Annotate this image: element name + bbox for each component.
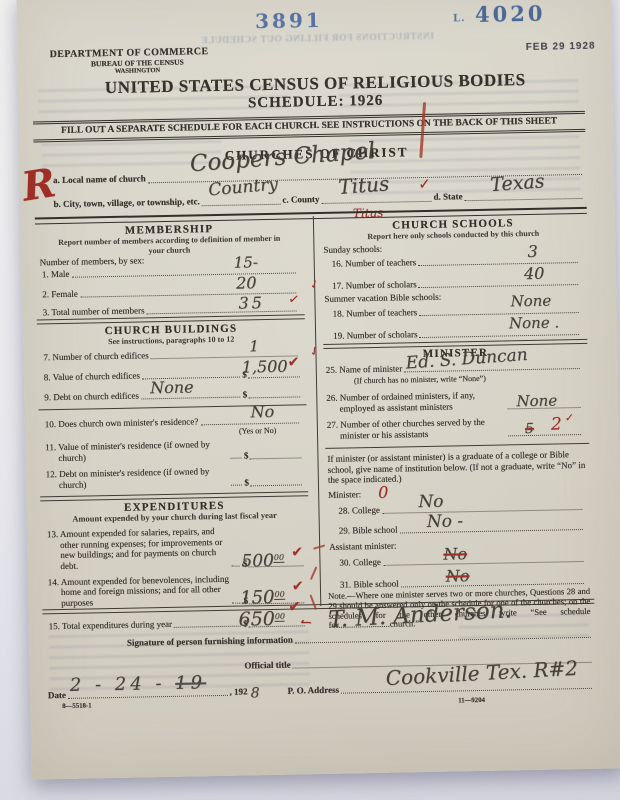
q28-label: 28. College — [338, 504, 380, 515]
po-address-label: P. O. Address — [287, 684, 339, 695]
q25-label: 25. Name of minister — [326, 363, 403, 375]
state-value: Texas — [490, 170, 546, 196]
female-value: 20 — [236, 273, 257, 292]
red-tick-minister: ✓ — [308, 344, 322, 358]
bleedthrough-instructions-title: INSTRUCTIONS FOR FILLING OUT SCHEDULE — [167, 31, 467, 47]
q9-value: None — [150, 377, 194, 397]
dotted-line — [418, 260, 578, 266]
red-check-q13: ✔ — [291, 548, 303, 558]
dotted-line — [202, 201, 281, 206]
female-label: 2. Female — [42, 288, 78, 299]
minister-subheader: Minister: — [328, 489, 361, 500]
red-check-q8: ✔ — [288, 358, 300, 368]
q18-value: None — [510, 292, 551, 311]
q12-label: 12. Debt on minister's residence (if own… — [46, 466, 229, 491]
red-check-q15: ✔ — [288, 602, 301, 612]
received-date-stamp: FEB 29 1928 — [526, 41, 596, 53]
dotted-line — [250, 482, 302, 486]
form-number-left: 8—5518-1 — [62, 702, 92, 710]
serial-stamp-right: 4020 — [475, 1, 546, 27]
q7-label: 7. Number of church edifices — [43, 350, 148, 363]
q30-value-struck: No — [443, 544, 467, 563]
red-margin-stroke — [310, 566, 318, 580]
dotted-line — [231, 483, 242, 486]
dotted-line — [420, 332, 580, 338]
photo-of-census-schedule: { "colors": {"red_ink": "#9e2f27", "stam… — [0, 0, 620, 800]
red-tick-q17: ✓ — [309, 279, 321, 292]
q29-label: 29. Bible school — [339, 524, 398, 536]
dotted-line — [419, 282, 579, 288]
male-label: 1. Male — [42, 268, 70, 279]
q17-value: 40 — [524, 264, 545, 283]
q18-label: 18. Number of teachers — [333, 307, 418, 319]
q29-value: No - — [427, 511, 464, 532]
q31-value-struck: No — [446, 566, 470, 585]
graduate-note: If minister (or assistant minister) is a… — [327, 449, 588, 485]
q26-value: None — [516, 391, 557, 410]
serial-stamp-left: 3891 — [255, 8, 323, 33]
dotted-line — [341, 686, 592, 694]
q26-label: 26. Number of ordained ministers, if any… — [326, 389, 505, 413]
q8-label: 8. Value of church edifices — [44, 370, 140, 382]
q13-label: 13. Amount expended for salaries, repair… — [47, 526, 230, 571]
red-check-q14: ✔ — [292, 582, 304, 592]
field-q27: 27. Number of other churches served by t… — [327, 412, 583, 441]
q7-value: 1 — [249, 337, 259, 355]
q10-value: No — [250, 402, 274, 421]
agency-block: DEPARTMENT OF COMMERCE BUREAU OF THE CEN… — [50, 46, 225, 76]
q16-label: 16. Number of teachers — [332, 257, 417, 269]
red-check-total: ✓ — [288, 294, 300, 306]
state-label: d. State — [433, 191, 462, 202]
serial-stamp-separator: L. — [453, 13, 466, 24]
dotted-line — [382, 507, 583, 514]
q13-value: 50000 — [241, 551, 284, 572]
q9-currency: $ — [243, 389, 248, 400]
assistant-subheader: Assistant minister: — [329, 541, 396, 552]
q14-label: 14. Amount expended for benevolences, in… — [48, 573, 231, 608]
dotted-line — [508, 432, 581, 436]
dotted-line — [322, 198, 432, 203]
dotted-line — [174, 624, 240, 628]
q15-value: 65000 — [238, 608, 285, 631]
census-schedule-paper: INSTRUCTIONS FOR FILLING OUT SCHEDULE 38… — [17, 0, 620, 780]
official-title-label: Official title — [244, 659, 290, 670]
dotted-line — [147, 308, 297, 314]
q30-label: 30. College — [339, 556, 381, 567]
dotted-line — [200, 420, 298, 425]
total-members-label: 3. Total number of members — [43, 305, 145, 317]
q25-hint: (If church has no minister, write “None”… — [354, 374, 486, 386]
q16-value: 3 — [527, 242, 538, 261]
dotted-line — [71, 270, 296, 277]
field-q11: 11. Value of minister's residence (if ow… — [45, 434, 301, 463]
date-label: Date — [48, 689, 66, 700]
dotted-line — [248, 394, 300, 398]
q15-label: 15. Total expenditures during year — [49, 618, 173, 631]
q27-red-value: 2 — [551, 414, 562, 434]
q10-label: 10. Does church own minister's residence… — [45, 416, 199, 429]
q28-value: No — [418, 492, 444, 512]
dotted-line — [232, 564, 240, 567]
form-number-right: 11—9204 — [458, 697, 485, 705]
minister-inner-rule — [325, 443, 589, 449]
date-value: 2 - 24 - 19 — [70, 672, 207, 696]
city-label: b. City, town, village, or township, etc… — [53, 196, 200, 209]
q27-struck-value: 5 — [525, 421, 534, 437]
q9-label: 9. Debt on church edifices — [44, 390, 139, 402]
left-column: MEMBERSHIP Report number of members acco… — [35, 214, 310, 611]
red-check-county: ✓ — [418, 180, 431, 190]
q31-label: 31. Bible school — [340, 578, 399, 590]
q19-value: None . — [509, 313, 560, 332]
q11-currency: $ — [244, 450, 249, 461]
field-q12: 12. Debt on minister's residence (if own… — [46, 461, 302, 490]
q11-label: 11. Value of minister's residence (if ow… — [45, 439, 228, 464]
q8-value: 1,500 — [242, 357, 288, 377]
red-check-q27: ✓ — [565, 413, 574, 423]
local-name-label: a. Local name of church — [53, 173, 146, 185]
county-value: Titus — [337, 171, 390, 199]
total-members-value: 35 — [238, 293, 265, 313]
male-value: 15- — [234, 253, 258, 271]
right-column: CHURCH SCHOOLS Report here only schools … — [321, 209, 592, 606]
printed-year-label: , 192 — [230, 686, 248, 697]
q12-currency: $ — [244, 477, 249, 488]
q27-label: 27. Number of other churches served by t… — [327, 416, 506, 440]
q17-label: 17. Number of scholars — [332, 279, 417, 291]
dotted-line — [465, 195, 583, 200]
minister-red-zero: 0 — [378, 483, 389, 502]
dotted-line — [230, 456, 241, 459]
county-label: c. County — [282, 194, 319, 205]
dotted-line — [249, 455, 301, 459]
dotted-line — [383, 559, 584, 566]
date-year-value: 8 — [251, 688, 260, 699]
q14-value: 15000 — [240, 587, 285, 609]
q19-label: 19. Number of scholars — [333, 329, 418, 341]
